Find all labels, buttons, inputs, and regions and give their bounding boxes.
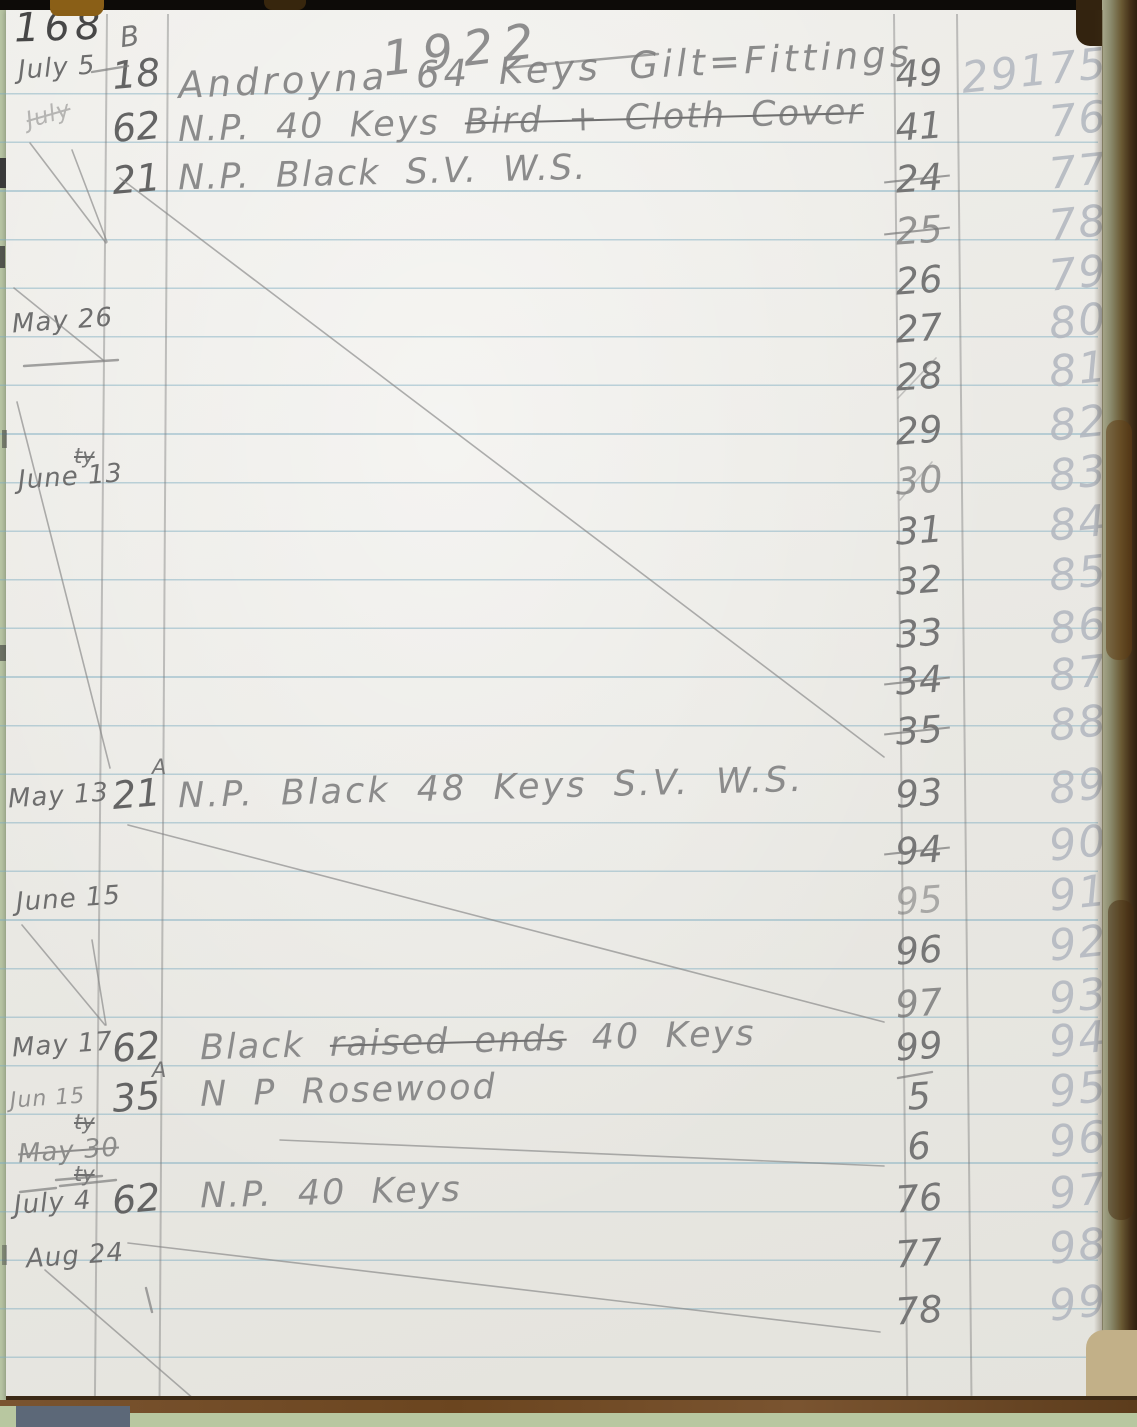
ledger-number: 93 — [885, 773, 953, 815]
stock-letter-superscript: A — [152, 1060, 166, 1081]
spine-stain-2 — [1108, 900, 1134, 1220]
entry-date: May 13 — [7, 780, 110, 813]
entry-date: May 26 — [11, 305, 114, 338]
ledger-number: 27 — [885, 308, 953, 350]
entry-date: July 4 — [13, 1187, 92, 1218]
stock-number: 35 — [110, 1076, 161, 1118]
description-text: N P Rosewood — [200, 1067, 498, 1115]
torn-edge-speck — [0, 246, 5, 268]
stock-number: 18 — [110, 53, 161, 95]
description-text: 40 Keys — [566, 1014, 756, 1059]
scanned-ledger-page: 168 1922 B July 518Androyna 64 Keys Gilt… — [0, 0, 1137, 1427]
torn-edge-speck — [0, 645, 6, 661]
ledger-number: 41 — [885, 106, 953, 148]
scan-top-edge — [0, 0, 1137, 10]
ledger-number: 97 — [885, 983, 953, 1025]
entry-date: June 15 — [15, 882, 122, 915]
ledger-number: 26 — [885, 260, 953, 302]
page-edge-shadow — [1094, 10, 1103, 1410]
description-crossed-out: raised ends — [329, 1019, 567, 1065]
ledger-number: 99 — [885, 1026, 953, 1068]
ledger-number: 49 — [885, 53, 953, 95]
ledger-number: 29 — [885, 410, 953, 452]
entry-description: N.P. 40 Keys — [200, 1173, 463, 1215]
ledger-number: 28 — [885, 356, 953, 398]
description-text: Black — [200, 1025, 331, 1068]
bottom-left-green — [0, 1406, 16, 1427]
torn-edge-speck — [2, 430, 7, 448]
ledger-number: 30 — [885, 460, 953, 502]
entry-date: May 17 — [11, 1029, 114, 1062]
spine-stain-1 — [1106, 420, 1132, 660]
stock-number: 62 — [110, 1178, 161, 1220]
entry-date: May 30 — [17, 1135, 120, 1168]
entry-date: Jun 15 — [9, 1085, 86, 1112]
ledger-number: 5 — [885, 1076, 953, 1118]
date-superscript: ty — [74, 1164, 95, 1185]
entry-date: Aug 24 — [25, 1240, 125, 1273]
ledger-number: 78 — [885, 1290, 953, 1332]
ledger-number: 6 — [885, 1126, 953, 1168]
entry-date: June 13 — [17, 460, 124, 493]
description-text: N.P. 40 Keys — [200, 1170, 463, 1217]
ledger-number: 77 — [885, 1233, 953, 1275]
ledger-number: 33 — [885, 613, 953, 655]
ledger-number: 96 — [885, 930, 953, 972]
torn-edge-speck — [0, 158, 6, 188]
torn-edge-speck — [2, 1245, 7, 1265]
ledger-number: 32 — [885, 560, 953, 602]
stock-number: 21 — [110, 773, 161, 815]
scanner-background — [0, 1413, 1137, 1427]
entry-description: N P Rosewood — [200, 1070, 498, 1113]
date-superscript: ty — [74, 1112, 95, 1133]
top-stain — [264, 0, 306, 10]
tape-stain — [50, 0, 104, 16]
stock-number: 62 — [110, 106, 161, 148]
date-superscript: ty — [74, 446, 95, 467]
ledger-number: 31 — [885, 510, 953, 552]
entry-date: July 5 — [17, 52, 96, 83]
ledger-number: 76 — [885, 1178, 953, 1220]
description-text: N.P. 40 Keys — [178, 102, 466, 149]
bottom-left-patch — [16, 1406, 130, 1427]
ledger-number: 95 — [885, 880, 953, 922]
stock-number: 21 — [110, 158, 161, 200]
stock-letter-superscript: A — [152, 757, 166, 778]
